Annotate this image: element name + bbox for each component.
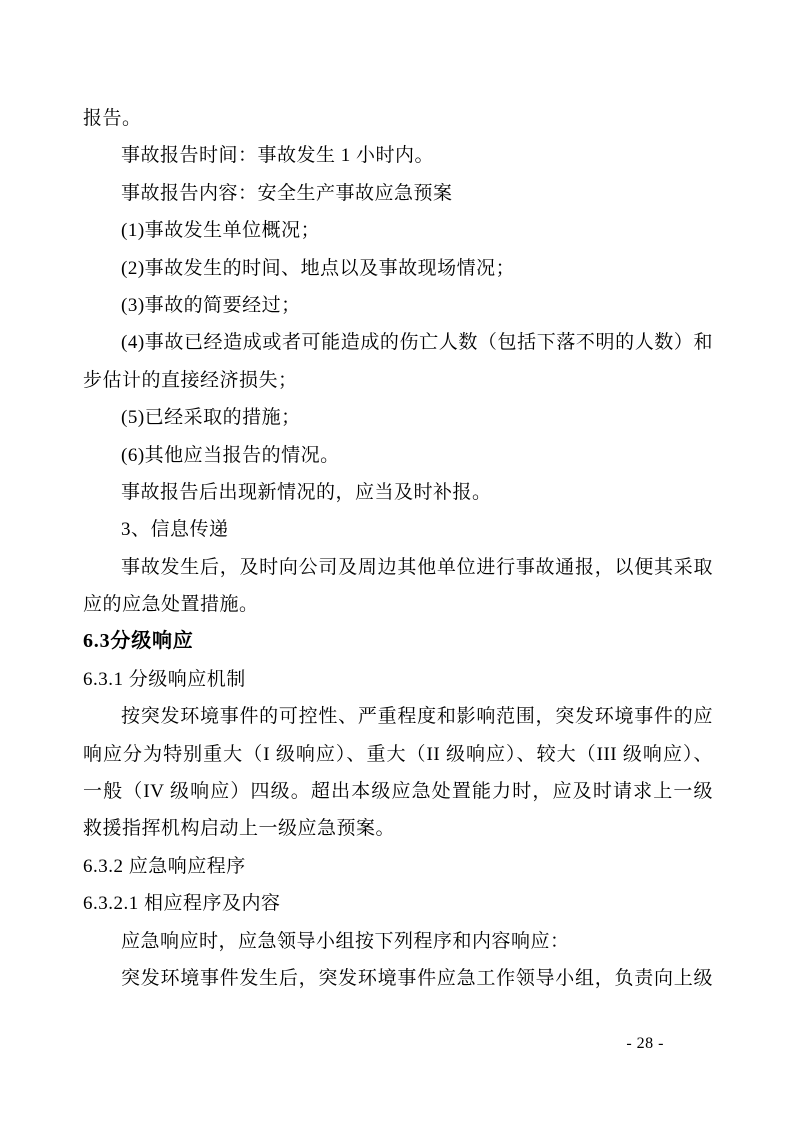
text-line: (6)其他应当报告的情况。 xyxy=(83,437,713,474)
section-heading: 6.3分级响应 xyxy=(83,623,713,660)
text-line: (1)事故发生单位概况； xyxy=(83,212,713,249)
text-line: 事故发生后，及时向公司及周边其他单位进行事故通报，以便其采取相 xyxy=(83,549,713,586)
page-number: - 28 - xyxy=(626,1034,664,1054)
text-line: (2)事故发生的时间、地点以及事故现场情况； xyxy=(83,250,713,287)
text-line: 事故报告时间：事故发生 1 小时内。 xyxy=(83,137,713,174)
text-line: 6.3.1 分级响应机制 xyxy=(83,661,713,698)
text-line: 突发环境事件发生后，突发环境事件应急工作领导小组，负责向上级管 xyxy=(83,960,713,997)
text-line: 事故报告内容：安全生产事故应急预案 xyxy=(83,175,713,212)
text-line: 响应分为特别重大（I 级响应）、重大（II 级响应）、较大（III 级响应）、 xyxy=(83,736,713,773)
document-page: 报告。事故报告时间：事故发生 1 小时内。事故报告内容：安全生产事故应急预案(1… xyxy=(0,0,793,1122)
text-line: 一般（IV 级响应）四级。超出本级应急处置能力时，应及时请求上一级应急 xyxy=(83,773,713,810)
text-line: (5)已经采取的措施； xyxy=(83,399,713,436)
text-line: (4)事故已经造成或者可能造成的伤亡人数（包括下落不明的人数）和初 xyxy=(83,324,713,361)
text-line: 按突发环境事件的可控性、严重程度和影响范围，突发环境事件的应急 xyxy=(83,698,713,735)
text-line: 事故报告后出现新情况的，应当及时补报。 xyxy=(83,474,713,511)
text-line: 应急响应时，应急领导小组按下列程序和内容响应： xyxy=(83,923,713,960)
document-body: 报告。事故报告时间：事故发生 1 小时内。事故报告内容：安全生产事故应急预案(1… xyxy=(83,100,713,997)
text-line: 6.3.2 应急响应程序 xyxy=(83,848,713,885)
text-line: 应的应急处置措施。 xyxy=(83,586,713,623)
text-line: 3、信息传递 xyxy=(83,511,713,548)
text-line: 6.3.2.1 相应程序及内容 xyxy=(83,885,713,922)
text-line: (3)事故的简要经过； xyxy=(83,287,713,324)
text-line: 报告。 xyxy=(83,100,713,137)
text-line: 救援指挥机构启动上一级应急预案。 xyxy=(83,810,713,847)
text-line: 步估计的直接经济损失； xyxy=(83,362,713,399)
